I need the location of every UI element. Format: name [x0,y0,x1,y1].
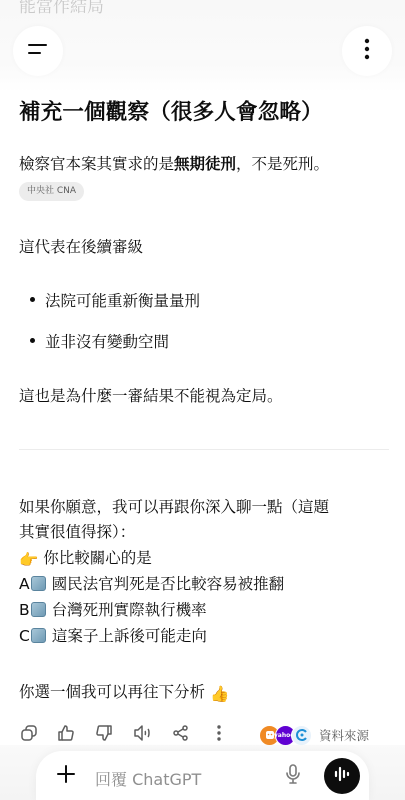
microphone-icon [285,764,301,788]
read-aloud-icon [133,724,153,746]
copy-icon [20,724,38,746]
message-input[interactable]: 回覆 ChatGPT [95,767,201,790]
bullet-text: 法院可能重新衡量量刑 [45,292,200,310]
closing-line: 你選一個我可以再往下分析 👍 [19,680,229,703]
keycap-icon [31,576,46,591]
menu-icon [27,41,49,61]
option-b: B台灣死刑實際執行機率 [19,598,207,620]
paragraph-3: 這也是為什麼一審結果不能視為定局。 [19,384,283,406]
paragraph-2: 這代表在後續審級 [19,235,143,257]
sources-label: 資料來源 [319,726,369,744]
paragraph-1-prefix: 檢察官本案其實求的是 [19,155,174,173]
keycap-icon [31,602,46,617]
pointing-hand-icon: 👉 [19,551,38,569]
share-icon [172,724,190,746]
thumbs-up-emoji-icon: 👍 [210,685,229,703]
share-button[interactable] [169,723,193,747]
bullet-item: 法院可能重新衡量量刑 [30,289,200,311]
keycap-icon [31,628,46,643]
add-attachment-button[interactable] [54,764,78,788]
pointer-text: 你比較關心的是 [43,549,152,567]
read-aloud-button[interactable] [131,723,155,747]
option-text: 台灣死刑實際執行機率 [52,601,207,619]
source-chip[interactable]: 中央社 CNA [19,182,84,201]
previous-message-fragment: 能當作結局 [19,0,104,17]
more-options-button[interactable] [342,26,392,76]
bullet-text: 並非沒有變動空間 [45,333,169,351]
menu-button[interactable] [13,26,63,76]
dictate-button[interactable] [281,764,305,788]
bullet-dot [30,297,35,302]
more-icon [216,724,222,746]
voice-mode-button[interactable] [324,758,360,794]
paragraph-1-bold: 無期徒刑 [174,155,236,173]
copy-button[interactable] [17,723,41,747]
sources-button[interactable]: yahoo! 資料來源 [259,723,369,747]
section-heading: 補充一個觀察（很多人會忽略） [19,95,323,126]
option-letter: B [19,601,30,619]
paragraph-1-suffix: ，不是死刑。 [236,155,329,173]
paragraph-1: 檢察官本案其實求的是無期徒刑，不是死刑。 [19,152,329,174]
option-letter: A [19,575,30,593]
bullet-dot [30,338,35,343]
thumbs-up-icon [57,724,75,746]
bad-response-button[interactable] [92,723,116,747]
option-c: C這案子上訴後可能走向 [19,624,207,646]
blue-source-logo-icon [291,725,312,746]
closing-text: 你選一個我可以再往下分析 [19,683,205,701]
option-text: 國民法官判死是否比較容易被推翻 [52,575,285,593]
thumbs-down-icon [95,724,113,746]
voice-waveform-icon [333,766,351,786]
more-actions-button[interactable] [207,723,231,747]
message-actions: yahoo! 資料來源 [0,723,405,747]
option-text: 這案子上訴後可能走向 [52,627,207,645]
bullet-item: 並非沒有變動空間 [30,330,169,352]
option-letter: C [19,627,30,645]
plus-icon [56,764,76,788]
good-response-button[interactable] [54,723,78,747]
followup-line-1: 如果你願意，我可以再跟你深入聊一點（這題 [19,495,329,517]
followup-line-2: 其實很值得探）： [19,520,135,542]
divider [19,449,389,450]
composer: 回覆 ChatGPT [36,751,369,800]
pointer-line: 👉 你比較關心的是 [19,546,152,569]
more-vertical-icon [364,38,370,64]
option-a: A國民法官判死是否比較容易被推翻 [19,572,284,594]
